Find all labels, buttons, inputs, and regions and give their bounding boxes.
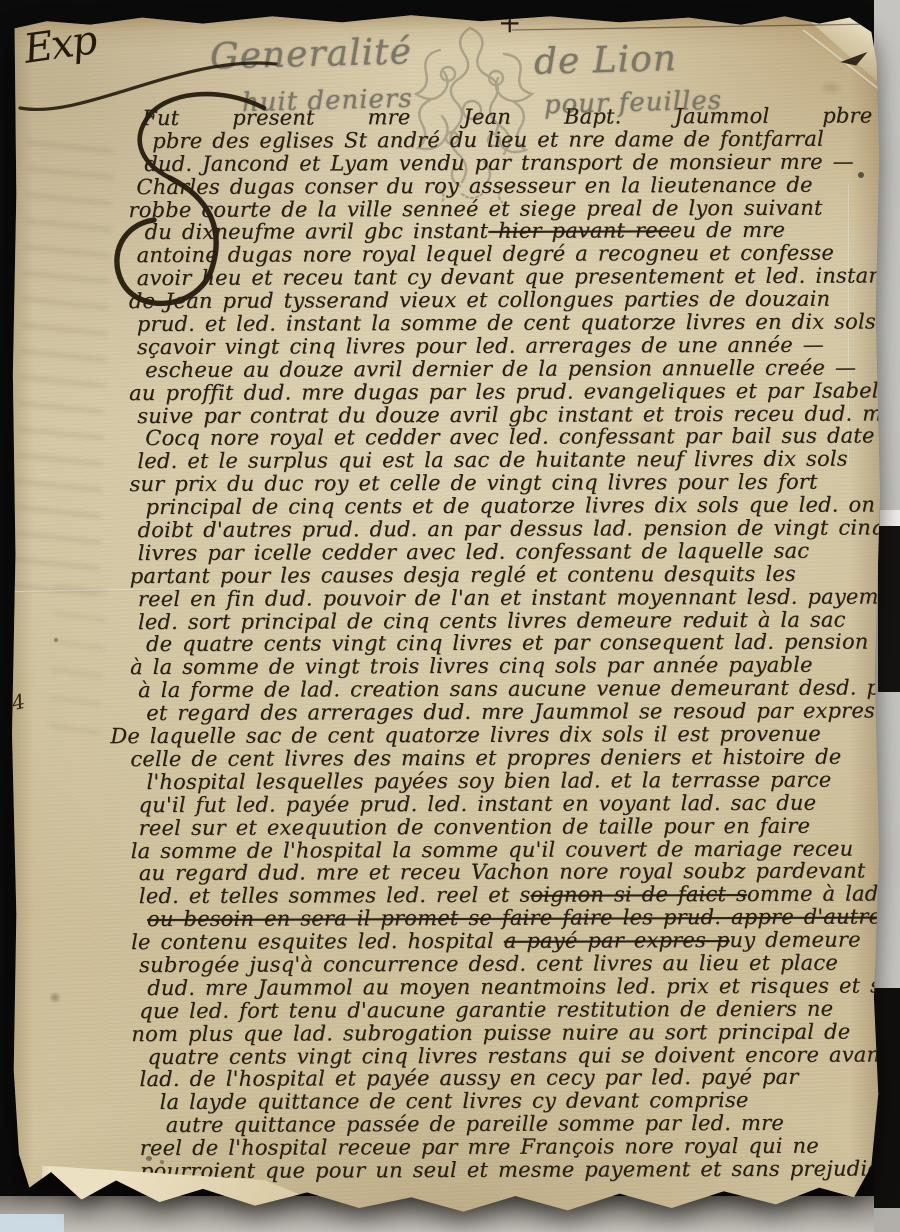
- manuscript-line-segment: du dixneufme avril gbc instant: [145, 219, 489, 244]
- manuscript-line: que led. fort tenu d'aucune garantie res…: [139, 997, 875, 1022]
- manuscript-line: reel en fin dud. pouvoir de l'an et inst…: [138, 585, 874, 610]
- stain-smudge: [818, 80, 844, 96]
- manuscript-line-segment: led. et telles sommes led. reel et s: [139, 883, 531, 908]
- manuscript-line-segment: uy demeure: [729, 928, 860, 952]
- manuscript-line-segment: omme à lad.: [747, 882, 880, 906]
- manuscript-line: qu'il fut led. payée prud. led. instant …: [139, 791, 875, 816]
- stamp-text-de-lion: de Lion: [533, 38, 677, 83]
- paper-shadow-wrap: Generalité de Lion huit deniers pour feu…: [0, 0, 900, 1232]
- manuscript-line-segment: le contenu esquites led. hospital: [131, 929, 504, 954]
- manuscript-page: Generalité de Lion huit deniers pour feu…: [12, 14, 880, 1214]
- manuscript-line: reel sur et exequution de convention de …: [139, 814, 875, 839]
- manuscript-line-segment: eu de mre: [670, 218, 785, 242]
- stamp-text-generalite: Generalité: [209, 31, 412, 77]
- manuscript-text-block: Fut present mre Jean Bapt. Jaummol pbrep…: [12, 104, 876, 1183]
- notary-paraph: Exp: [21, 17, 98, 72]
- manuscript-line-segment: a payé par expres p: [504, 928, 730, 953]
- manuscript-line-segment: oignon si de faict s: [530, 882, 747, 907]
- manuscript-line-segment: hier pavant rec: [488, 219, 670, 244]
- paper-corner-fold: [802, 14, 880, 84]
- top-center-cross-mark: +: [498, 14, 521, 39]
- photo-backdrop: Generalité de Lion huit deniers pour feu…: [0, 0, 900, 1232]
- manuscript-line: au proffit dud. mre dugas par les prud. …: [129, 379, 873, 404]
- manuscript-line: lad. de l'hospital et payée aussy en cec…: [139, 1066, 875, 1091]
- manuscript-line: Charles dugas conser du roy assesseur en…: [136, 173, 872, 198]
- manuscript-line: nom plus que lad. subrogation puisse nui…: [131, 1020, 875, 1045]
